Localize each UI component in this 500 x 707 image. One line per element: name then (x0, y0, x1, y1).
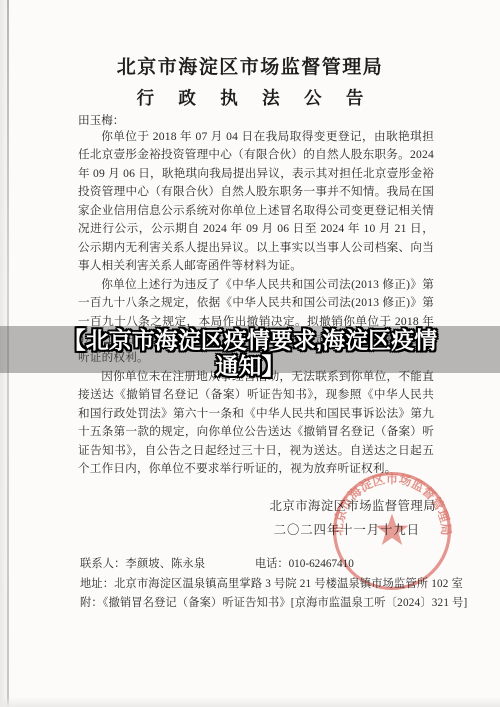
notice-title: 行 政 执 法 公 告 (0, 85, 500, 110)
contact-address: 地址：北京市海淀区温泉镇高里掌路 3 号院 21 号楼温泉镇市场监管所 102 … (80, 575, 463, 591)
overlay-caption-line2: 通知】 (0, 353, 500, 379)
agency-title: 北京市海淀区市场监督管理局 (0, 52, 500, 79)
scanned-notice-page: 北京市海淀区市场监督管理局 行 政 执 法 公 告 田玉梅： 你单位于 2018… (0, 0, 500, 707)
contact-persons: 联系人：李颜坡、陈永泉 (80, 555, 205, 571)
addressee-name: 田玉梅： (78, 112, 124, 128)
paragraph-service-by-publication: 因你单位未在注册地从事经营活动，无法联系到你单位，不能直接送达《撤销冒名登记（备… (78, 368, 434, 479)
overlay-caption-line1: 【北京市海淀区疫情要求,海淀区疫情 (0, 327, 500, 353)
overlay-caption-text: 【北京市海淀区疫情要求,海淀区疫情 通知】 (0, 327, 500, 379)
scan-bottom-shading (0, 697, 500, 707)
signature-date: 二〇二四年十一月十九日 (274, 520, 420, 538)
notice-body: 你单位于 2018 年 07 月 04 日在我局取得变更登记，由耿艳琪担任北京壹… (78, 128, 434, 479)
contact-phone: 电话：010-62467410 (255, 555, 354, 571)
paragraph-facts: 你单位于 2018 年 07 月 04 日在我局取得变更登记，由耿艳琪担任北京壹… (78, 128, 434, 276)
attachment-reference: 附：《撤销冒名登记（备案）听证告知书》[京海市监温泉工听〔2024〕321 号] (80, 594, 467, 610)
signature-agency: 北京市海淀区市场监督管理局 (270, 496, 436, 514)
